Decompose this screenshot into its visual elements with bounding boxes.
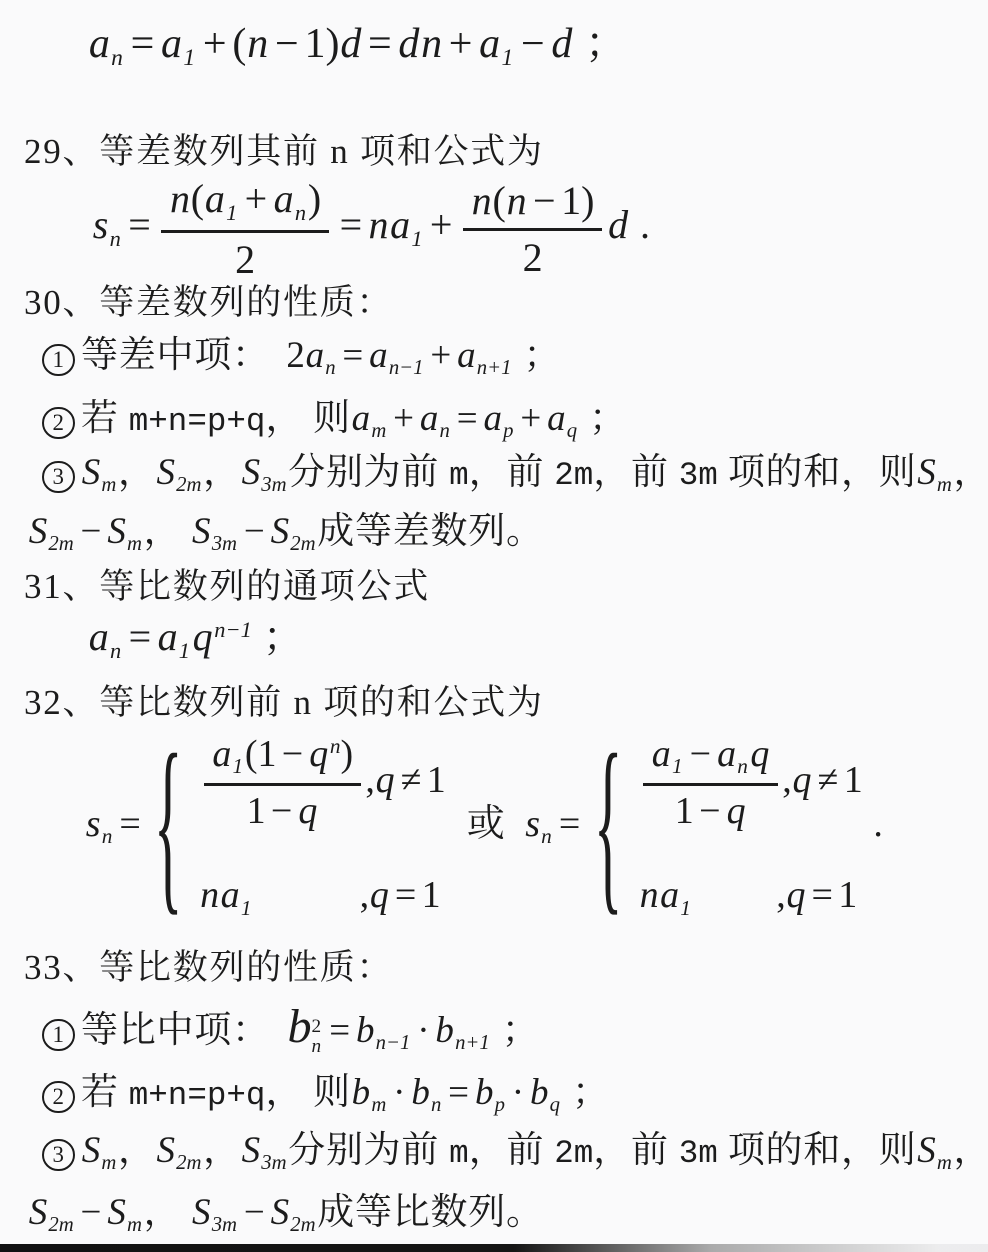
math-token: n [199,874,220,916]
math-token: d [398,21,421,67]
math-token: = [457,398,478,439]
math-token: ( [191,176,204,221]
heading-item-30: 30、等差数列的性质： [24,281,393,325]
math-token: 1 [226,200,237,225]
math-token: S [107,511,127,552]
math-token: 1 [501,45,513,71]
math-token: 2m [176,474,201,496]
math-token: a [212,733,233,775]
math-token: ( [232,21,246,67]
math-token: = [395,874,416,916]
cases-brace: { [593,705,622,949]
math-token: · [417,1010,429,1051]
math-token: q [786,874,807,916]
math-token: {a1−anq1−q,q≠1na1,q=1 [589,733,863,921]
math-token: 2m [554,457,593,494]
math-token: 3m [212,533,237,555]
math-token: S [191,1192,211,1233]
math-token: n [110,638,121,663]
math-token: m [101,474,116,496]
math-token: na1,q=1 [199,873,445,921]
math-token: a [204,176,226,221]
math-token: − [533,178,556,223]
formula-geometric-general-term: an=a1qn−1； [88,612,303,665]
math-token: b2n [287,997,321,1058]
math-token: 1 [247,790,266,832]
circled-number: 1 [42,1019,75,1052]
math-token: b [351,1072,371,1113]
math-token: a1−anq1−q,q≠1na1,q=1 [639,733,863,921]
math-token: 3m [679,1135,718,1172]
math-token: 若 [81,398,129,439]
math-token: a [160,21,183,67]
math-token: S [241,1130,261,1171]
math-token: n+1 [455,1032,490,1054]
math-token: ) [326,21,340,67]
formula-arithmetic-sum: sn=n(a1+an)2=na1+n(n−1)2d. [92,176,650,283]
math-token: S [81,1130,101,1171]
math-token: a [368,335,388,376]
math-token: a [220,874,241,916]
math-token: a [305,335,325,376]
math-token: {a1(1−qn)1−q,q≠1na1,q=1 [149,733,446,921]
math-token: q [567,420,577,442]
math-token: d [340,21,363,67]
math-token: a [716,733,737,775]
math-token: a [88,21,111,67]
math-token: a [351,398,371,439]
formula-geometric-sum-cases: sn={a1(1−qn)1−q,q≠1na1,q=1或sn={a1−anq1−q… [85,733,883,921]
math-token: 2 [286,335,305,376]
math-token: n [471,178,493,223]
math-token: 2 [463,228,603,281]
math-token: 1−q [643,783,777,833]
math-token: · [393,1072,405,1113]
math-token: 1 [427,759,446,801]
math-token: a1(1−qn)1−q,q≠1 [199,733,445,833]
math-token: q [309,733,330,775]
math-token: 1 [672,754,683,778]
math-token: = [342,335,363,376]
math-token: 成等比数列。 [317,1192,543,1233]
math-token: 分别为前 [288,452,449,493]
math-token: , [776,874,786,916]
math-token: = [812,874,833,916]
circled-number: 3 [42,461,75,494]
math-token: ( [245,733,258,775]
math-token: , [360,874,370,916]
property-arithmetic-middle-term: 1等差中项：2an=an−1+an+1； [42,333,560,382]
math-token: n+1 [477,357,512,379]
math-token: a [273,176,295,221]
math-token: d [551,21,574,67]
math-notes-page: an=a1+(n−1)d=dn+a1−d； 29、等差数列其前 n 项和公式为 … [0,0,988,1252]
math-token: ，前 [469,452,554,493]
math-token: n [110,226,121,251]
math-token: m [449,457,469,494]
math-token: ； [263,614,303,659]
math-token: a [157,614,179,659]
math-token: ) [308,176,321,221]
math-token: n−1 [389,357,424,379]
math-token: + [203,21,227,67]
math-token: n [431,1094,441,1116]
heading-item-32: 32、等比数列前 n 项的和公式为 [24,681,544,725]
math-token: 或 [467,803,506,845]
math-token: − [81,1192,102,1233]
math-token: p [503,420,513,442]
property-geometric-middle-term: 1等比中项：b2n=bn−1·bn+1； [42,997,539,1058]
math-token: b [474,1072,494,1113]
bottom-scan-artifact-bar [0,1244,988,1252]
math-token: a [456,335,476,376]
math-token: 2m [290,533,315,555]
math-token: , [365,759,375,801]
math-token: + [430,335,451,376]
math-token: m [101,1152,116,1174]
math-token: = [119,803,140,845]
math-token: + [245,176,268,221]
math-token: 1 [179,638,190,663]
math-token: q [550,1094,560,1116]
math-token: q [298,790,319,832]
math-token: n [506,178,528,223]
math-token: n [325,357,335,379]
math-token: n [102,824,113,848]
math-token: 3m [261,1152,286,1174]
math-token: q [792,759,813,801]
math-token: 若 [81,1072,129,1113]
math-token: a1−anq1−q,q≠1 [639,733,863,833]
math-token: n−1 [376,1032,411,1054]
math-token: ， [954,1130,988,1171]
math-token: a [659,874,680,916]
math-token: a [651,733,672,775]
math-token: na1,q=1 [639,873,863,921]
math-token: m [371,420,386,442]
math-token: ， [203,452,241,493]
math-token: 2m [176,1152,201,1174]
math-token: n [737,754,748,778]
math-token: n [541,824,552,848]
math-token: − [690,733,711,775]
math-token: − [81,511,102,552]
math-token: − [244,1192,265,1233]
math-token: + [449,21,473,67]
math-token: q [375,759,396,801]
math-token: · [512,1072,524,1113]
math-token: ， 则 [265,398,350,439]
math-token: n [111,45,123,71]
math-token: a [483,398,503,439]
math-token: 3m [261,474,286,496]
property-arithmetic-partial-sums-cont: S2m−Sm， S3m−S2m成等差数列。 [28,509,544,558]
math-token: S [917,1130,937,1171]
math-token: 2 [235,237,255,282]
math-token: a [88,614,110,659]
circled-number: 1 [42,344,75,377]
math-token: 1−q [204,783,361,833]
math-token: ，前 [593,452,678,493]
math-token: − [271,790,292,832]
property-geometric-partial-sums-cont: S2m−Sm， S3m−S2m成等比数列。 [28,1190,544,1239]
math-token: n−1 [214,617,252,642]
math-token: ， [118,452,156,493]
math-token: b [287,1000,311,1053]
math-token: b [435,1010,455,1051]
math-token: ； [502,1010,539,1051]
math-token: a [419,398,439,439]
math-token: S [270,1192,290,1233]
math-token: s [524,803,540,845]
math-token: p [495,1094,505,1116]
math-token: 1 [844,759,863,801]
math-token: 1 [411,226,422,251]
math-token: = [340,202,363,247]
math-token: m [449,1135,469,1172]
math-token: 1 [305,21,326,67]
math-token: − [275,21,299,67]
math-token: ， [954,452,988,493]
formula-arithmetic-general-term: an=a1+(n−1)d=dn+a1−d； [88,18,627,74]
math-token: = [129,614,152,659]
math-token: a1(1−qn)1−q [204,733,361,833]
math-token: = [329,1010,350,1051]
math-token: − [521,21,545,67]
math-token: 2m [554,1135,593,1172]
math-token: n(n−1)2 [463,178,603,281]
math-token: s [85,803,101,845]
math-token: a1−anq1−q [643,733,777,833]
math-token: 1 [232,754,243,778]
math-token: a1(1−qn)1−q,q≠1na1,q=1 [199,733,445,921]
math-token: n [440,420,450,442]
math-token: S [81,452,101,493]
heading-item-29: 29、等差数列其前 n 项和公式为 [24,130,544,174]
property-geometric-index-product: 2若 m+n=p+q， 则bm·bn=bp·bq； [42,1070,609,1119]
math-token: = [368,21,392,67]
math-token: ， [144,511,192,552]
heading-item-33: 33、等比数列的性质： [24,946,393,990]
math-token: b [355,1010,375,1051]
math-token: b [411,1072,431,1113]
math-token: S [917,452,937,493]
math-token: 3m [212,1214,237,1236]
math-token: m [937,1152,952,1174]
math-token: = [128,202,151,247]
math-token: ，前 [469,1130,554,1171]
math-token: m [127,1214,142,1236]
math-token: 3m [679,457,718,494]
math-token: 项的和，则 [718,1130,917,1171]
math-token: n [330,734,341,758]
math-token: 1 [561,178,581,223]
math-token: 1 [422,874,441,916]
math-token: 1 [183,45,195,71]
math-token: 2 [311,1017,321,1037]
math-token: n(n−1) [463,178,603,228]
heading-item-31: 31、等比数列的通项公式 [24,565,430,609]
math-token: d [607,202,629,247]
math-token: 2m [290,1214,315,1236]
math-token: n [169,176,191,221]
math-token: ( [492,178,505,223]
property-arithmetic-index-sum: 2若 m+n=p+q， 则am+an=ap+aq； [42,396,626,445]
math-token: − [282,733,303,775]
math-token: ， [118,1130,156,1171]
math-token: S [241,452,261,493]
math-token: 1 [680,896,691,920]
math-token: n [246,21,269,67]
circled-number: 2 [42,407,75,440]
math-token: 分别为前 [288,1130,449,1171]
math-token: ， [144,1192,192,1233]
math-token: a1(1−qn) [204,733,361,783]
math-token: ， [203,1130,241,1171]
math-token: 1 [241,896,252,920]
math-token: + [393,398,414,439]
math-token: n(a1+an) [161,176,329,230]
math-token: s [92,202,109,247]
math-token: n [639,874,660,916]
math-token: S [107,1192,127,1233]
math-token: 项的和，则 [718,452,917,493]
math-token: S [28,1192,48,1233]
math-token: n(a1+an)2 [161,176,329,283]
math-token: = [448,1072,469,1113]
math-token: 1 [675,790,694,832]
math-token: 成等差数列。 [317,511,543,552]
math-token: − [244,511,265,552]
math-token: 1 [838,874,857,916]
property-arithmetic-partial-sums: 3Sm，S2m，S3m分别为前 m，前 2m，前 3m 项的和，则Sm， [42,450,988,499]
math-token: m [937,474,952,496]
math-token: a [546,398,566,439]
math-token: ； [523,335,560,376]
circled-number: 3 [42,1139,75,1172]
math-token: − [699,790,720,832]
math-token: = [131,21,155,67]
math-token: q [750,733,771,775]
math-token: a [389,202,411,247]
math-token: n [420,21,443,67]
cases-brace: { [154,705,183,949]
math-token: S [28,511,48,552]
math-token: + [520,398,541,439]
math-token: 2m [48,533,73,555]
math-token: m+n=p+q [129,403,266,440]
math-token: n [295,200,306,225]
math-token: ； [589,398,626,439]
math-token: 2m [48,1214,73,1236]
math-token: a [478,21,501,67]
math-token: n [311,1037,321,1057]
math-token: ； [585,21,627,67]
math-token: ) [581,178,594,223]
math-token: . [640,202,650,247]
property-geometric-partial-sums: 3Sm，S2m，S3m分别为前 m，前 2m，前 3m 项的和，则Sm， [42,1128,988,1177]
math-token: ) [341,733,354,775]
math-token: . [873,803,883,845]
math-token: = [559,803,580,845]
math-token: + [430,202,453,247]
math-token: m+n=p+q [129,1077,266,1114]
math-token: n [368,202,390,247]
circled-number: 2 [42,1081,75,1114]
math-token: S [191,511,211,552]
math-token: 1 [257,733,276,775]
math-token: ， 则 [265,1072,350,1113]
math-token: S [156,1130,176,1171]
math-token: q [192,614,214,659]
math-token: S [156,452,176,493]
math-token: , [782,759,792,801]
math-token: ，前 [593,1130,678,1171]
math-token: b [529,1072,549,1113]
math-token: 2n [311,1017,321,1057]
math-token: m [371,1094,386,1116]
math-token: 等比中项： [81,1010,270,1051]
math-token: 2 [523,235,543,280]
math-token: 等差中项： [81,335,270,376]
math-token: ≠ [401,759,422,801]
math-token: m [127,533,142,555]
math-token: q [369,874,390,916]
math-token: 2 [161,230,329,283]
math-token: ； [572,1072,609,1113]
math-token: S [270,511,290,552]
math-token: a1−anq [643,733,777,783]
math-token: q [726,790,747,832]
math-token: ≠ [818,759,839,801]
